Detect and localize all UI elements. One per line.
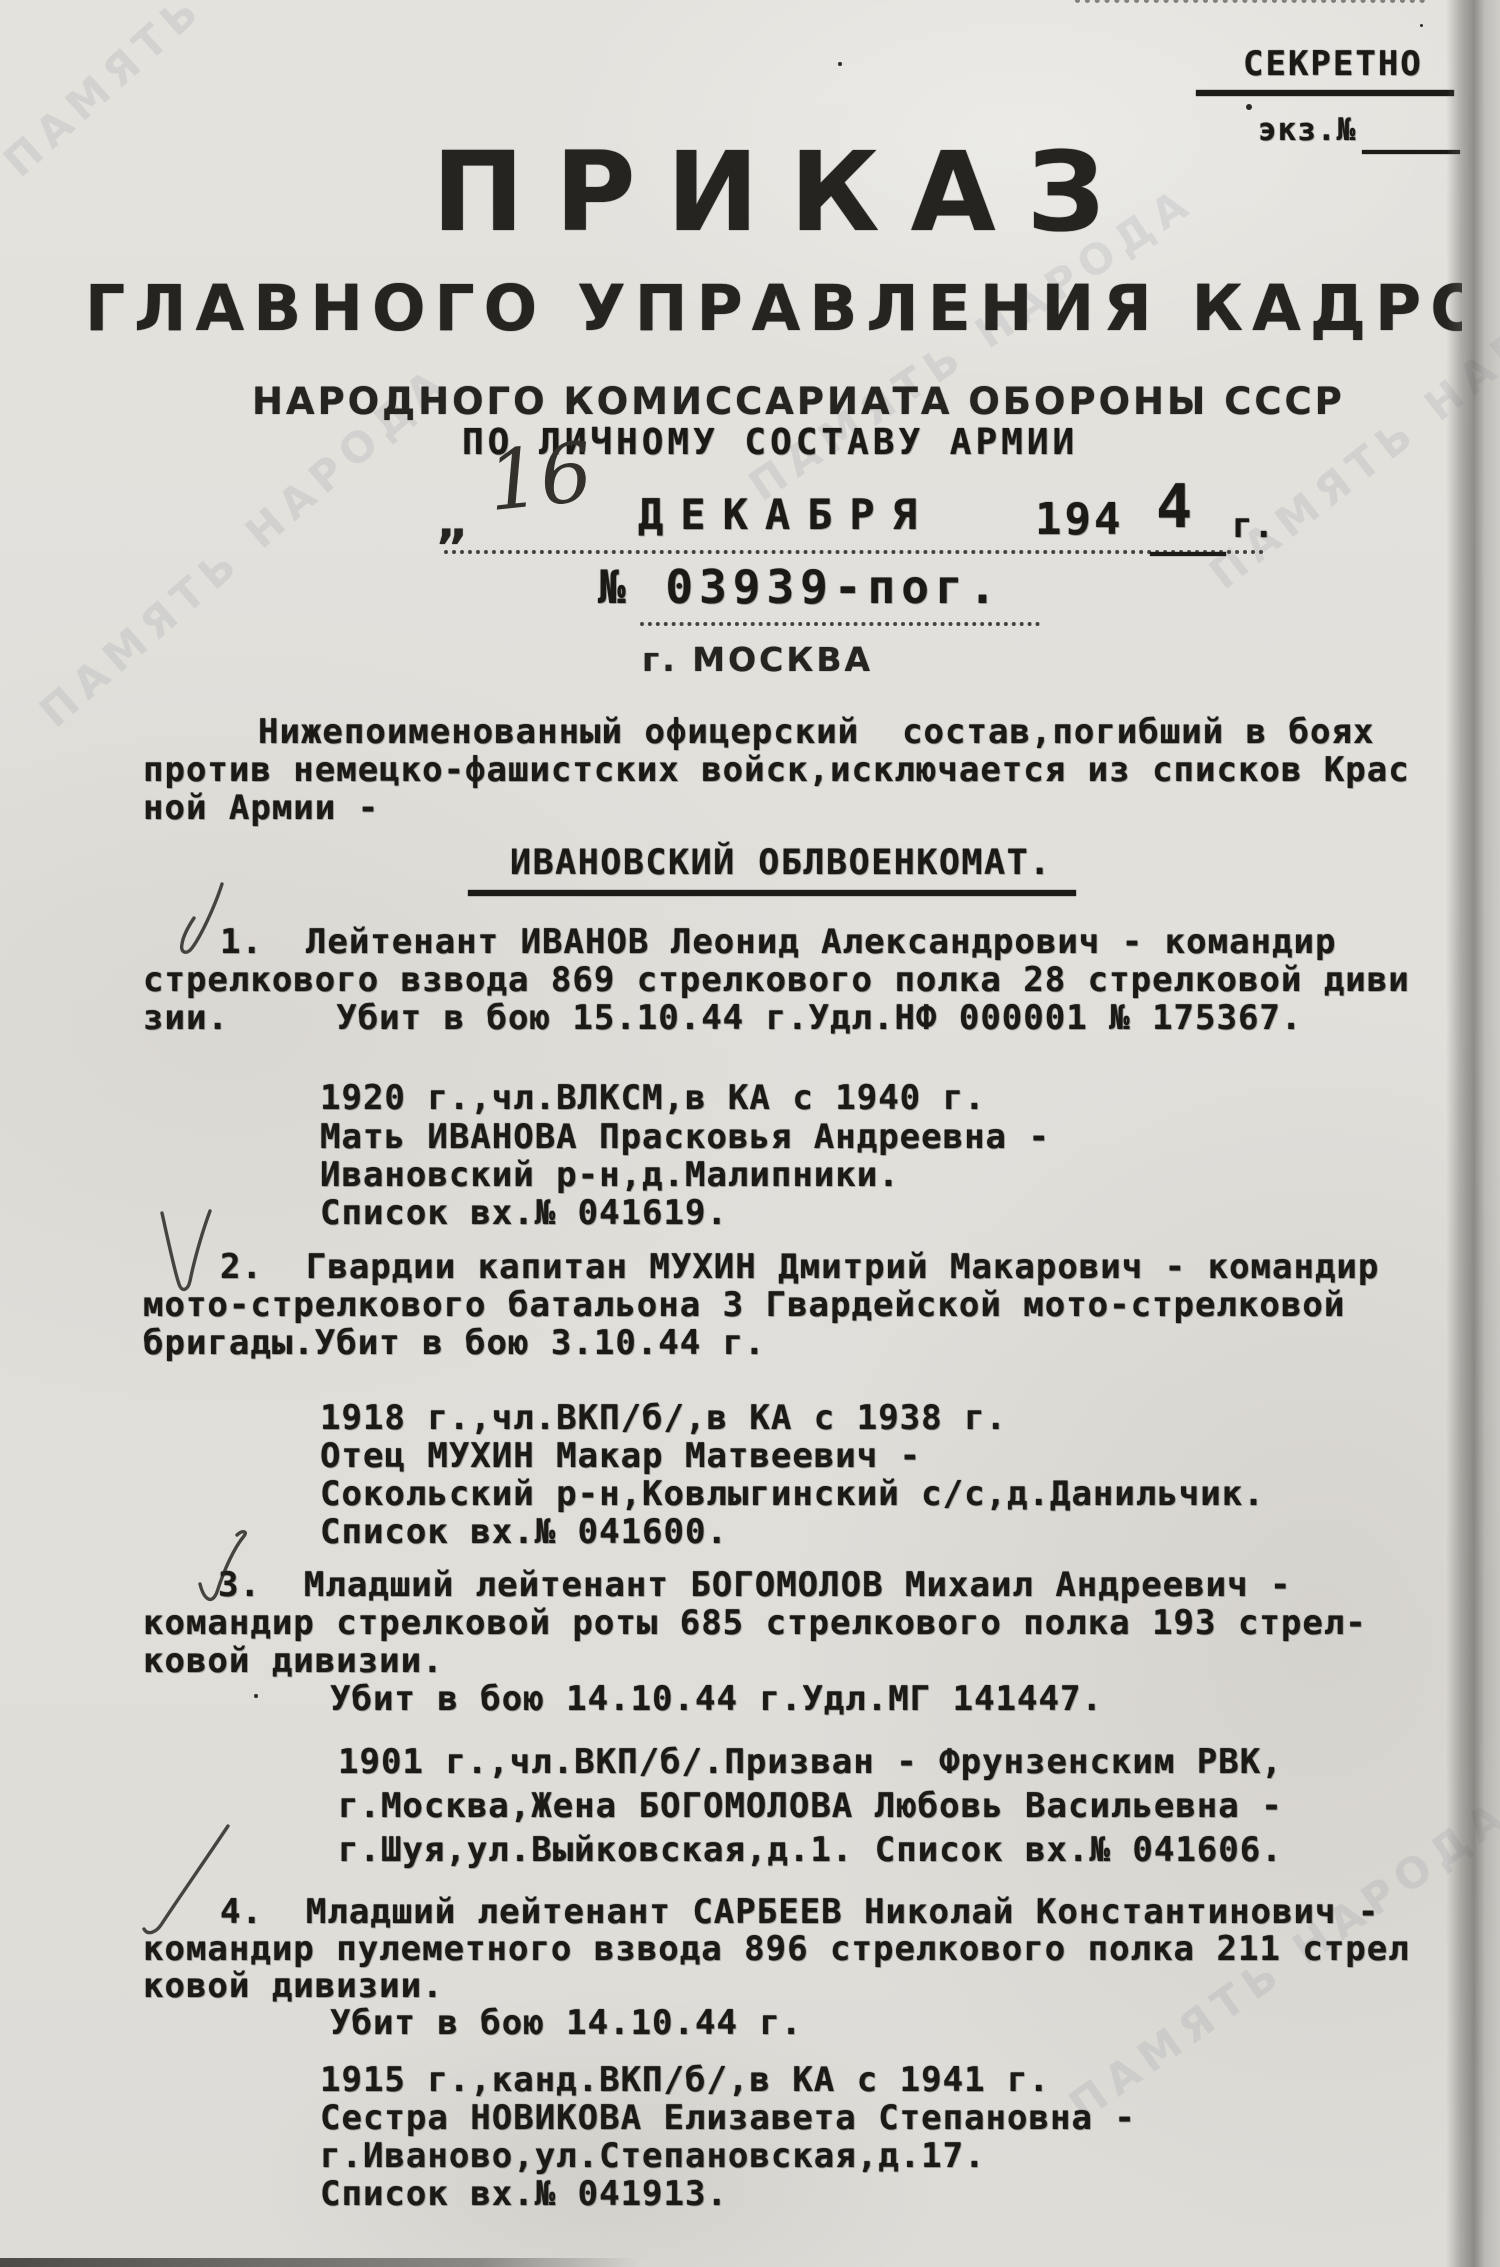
preamble-line-2: против немецко-фашистских войск,исключае… [143, 750, 1410, 790]
entry-2-line-3: бригады.Убит в бою 3.10.44 г. [143, 1323, 766, 1363]
page-bottom-edge [0, 2258, 640, 2267]
entry-1-sub-line-4: Список вх.№ 041619. [320, 1193, 728, 1233]
entry-4-sub-line-3: г.Иваново,ул.Степановская,д.17. [320, 2136, 986, 2176]
order-number-underline [640, 586, 1040, 626]
entry-2-sub-line-4: Список вх.№ 041600. [320, 1512, 728, 1552]
entry-1-sub-line-2: Мать ИВАНОВА Прасковья Андреевна - [320, 1117, 1050, 1157]
entry-2-line-2: мото-стрелкового батальона 3 Гвардейской… [143, 1285, 1345, 1325]
date-underline [444, 514, 1264, 554]
entry-1-line-2: стрелкового взвода 869 стрелкового полка… [143, 960, 1410, 1000]
ink-speck [838, 62, 842, 66]
handwritten-checkmark-2 [150, 1205, 220, 1300]
entry-3-sub-line-1: 1901 г.,чл.ВКП/б/.Призван - Фрунзенским … [338, 1742, 1283, 1782]
org-line-2: НАРОДНОГО КОМИССАРИАТА ОБОРОНЫ СССР [252, 380, 1345, 423]
preamble-line-3: ной Армии - [143, 788, 379, 828]
page-fold-edge [1446, 0, 1500, 2267]
entry-4-line-4: Убит в бою 14.10.44 г. [330, 2003, 802, 2043]
entry-4-sub-line-1: 1915 г.,канд.ВКП/б/,в КА с 1941 г. [320, 2060, 1050, 2100]
section-heading: ИВАНОВСКИЙ ОБЛВОЕНКОМАТ. [510, 843, 1052, 883]
handwritten-checkmark-4 [128, 1818, 248, 1943]
entry-3-line-4: Убит в бою 14.10.44 г.Удл.МГ 141447. [330, 1679, 1103, 1719]
entry-1-line-3: зии. Убит в бою 15.10.44 г.Удл.НФ 000001… [143, 998, 1302, 1038]
handwritten-checkmark-3 [182, 1528, 257, 1618]
handwritten-checkmark-1 [160, 878, 240, 963]
entry-3-sub-line-3: г.Шуя,ул.Выйковская,д.1. Список вх.№ 041… [338, 1830, 1283, 1870]
classification-underline [1196, 90, 1454, 96]
year-underline [1150, 552, 1226, 556]
entry-3-line-1: 3. Младший лейтенант БОГОМОЛОВ Михаил Ан… [218, 1565, 1292, 1605]
org-line-1: ГЛАВНОГО УПРАВЛЕНИЯ КАДРОВ [85, 272, 1462, 345]
classification-stamp: СЕКРЕТНО [1243, 44, 1423, 84]
city-label: г. МОСКВА [642, 640, 873, 679]
entry-2-sub-line-2: Отец МУХИН Макар Матвеевич - [320, 1436, 921, 1476]
entry-1-sub-line-1: 1920 г.,чл.ВЛКСМ,в КА с 1940 г. [320, 1078, 986, 1118]
entry-2-sub-line-1: 1918 г.,чл.ВКП/б/,в КА с 1938 г. [320, 1398, 1007, 1438]
entry-4-line-2: командир пулеметного взвода 896 стрелков… [143, 1929, 1410, 1969]
entry-3-sub-line-2: г.Москва,Жена БОГОМОЛОВА Любовь Васильев… [338, 1786, 1283, 1826]
copy-number-label: экз.№ [1258, 112, 1356, 148]
entry-4-line-1: 4. Младший лейтенант САРБЕЕВ Николай Кон… [220, 1892, 1379, 1932]
entry-4-line-3: ковой дивизии. [143, 1966, 444, 2006]
preamble-line-1: Нижепоименованный офицерский состав,поги… [258, 712, 1374, 752]
entry-1-line-1: 1. Лейтенант ИВАНОВ Леонид Александрович… [220, 922, 1336, 962]
entry-1-sub-line-3: Ивановский р-н,д.Малипники. [320, 1155, 900, 1195]
ink-speck [1420, 24, 1423, 27]
ink-speck [1246, 104, 1252, 110]
order-title: ПРИКАЗ [432, 128, 1136, 256]
entry-3-line-2: командир стрелковой роты 685 стрелкового… [143, 1603, 1367, 1643]
document-page: ПАМЯТЬ НАРОДА ПАМЯТЬ НАРОДА ПАМЯТЬ НАРОД… [0, 0, 1500, 2267]
entry-2-line-1: 2. Гвардии капитан МУХИН Дмитрий Макаров… [220, 1247, 1379, 1287]
entry-3-line-3: ковой дивизии. [143, 1641, 444, 1681]
section-heading-underline [468, 890, 1076, 896]
entry-4-sub-line-4: Список вх.№ 041913. [320, 2174, 728, 2214]
ink-speck [254, 1694, 258, 1698]
entry-2-sub-line-3: Сокольский р-н,Ковлыгинский с/с,д.Даниль… [320, 1474, 1265, 1514]
entry-4-sub-line-2: Сестра НОВИКОВА Елизавета Степановна - [320, 2098, 1136, 2138]
